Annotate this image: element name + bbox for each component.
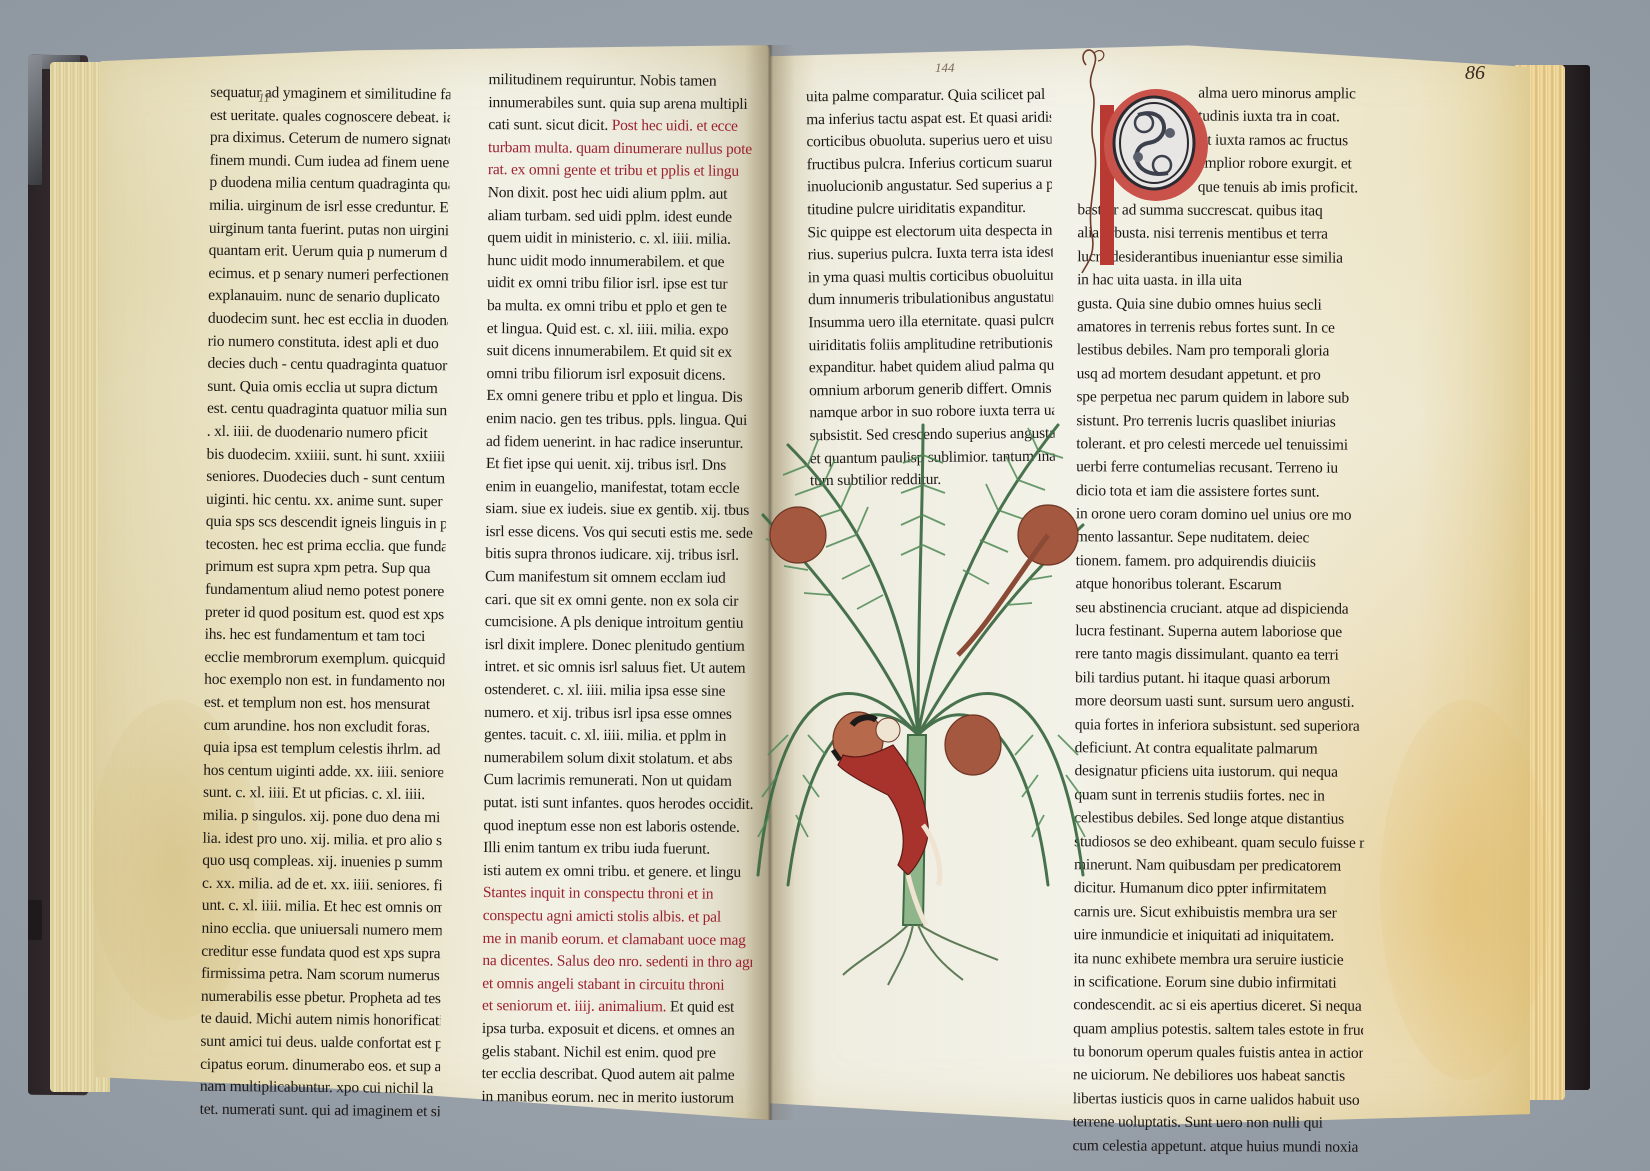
text-line: explanauim. nunc de senario duplicato <box>208 285 448 310</box>
text-line: intret. et sic omnis isrl saluus fiet. U… <box>484 656 754 680</box>
text-line: primum est supra xpm petra. Sup qua <box>205 556 445 581</box>
text-line: enim in euangelio, manifestat, totam ecc… <box>486 476 756 500</box>
text-line: uiriditatis foliis amplitudine retributi… <box>808 332 1053 357</box>
text-line: libertas iusticis quos in carne ualidos … <box>1073 1088 1363 1113</box>
text-line: sunt amici tui deus. ualde confortat est… <box>200 1031 440 1056</box>
text-line: hunc uidit modo innumerabilem. et que <box>487 250 757 274</box>
text-line: sequatur ad ymaginem et similitudine fac… <box>210 82 450 107</box>
text-line: milia. uirginum de isrl esse creduntur. … <box>209 195 449 220</box>
text-line: gelis stabant. Nichil est enim. quod pre <box>482 1041 752 1065</box>
text-line: uirginum tanta fuerint. putas non uirgin… <box>209 217 449 242</box>
text-line: cum arundine. hos non excludit foras. <box>204 714 444 739</box>
text-line: in manibus eorum. nec in merito iustorum <box>481 1086 751 1110</box>
text-line: studiosos se deo exhibeant. quam seculo … <box>1074 831 1364 856</box>
text-line: pra diximus. Ceterum de numero signator … <box>210 127 450 152</box>
text-line: carnis ure. Sicut exhibuistis membra ura… <box>1074 901 1364 926</box>
text-line: omni tribu filiorum isrl exposuit dicens… <box>486 363 756 387</box>
marginal-note: 144 <box>935 60 955 76</box>
rubric-line: conspectu agni amicti stolis albis. et p… <box>483 905 753 929</box>
text-line: condescendit. ac si eis apertius diceret… <box>1073 995 1363 1020</box>
text-line: ostenderet. c. xl. iiii. milia ipsa esse… <box>484 679 754 703</box>
text-line: tu bonorum operum quales fuistis antea i… <box>1073 1041 1363 1066</box>
text-line: alma uero minorus amplic <box>1198 83 1373 107</box>
text-line: p duodena milia centum quadraginta quat <box>209 172 449 197</box>
text-line: est ueritate. quales cognoscere debeat. … <box>210 104 450 129</box>
text-line: est. centu quadraginta quatuor milia sun… <box>207 398 447 423</box>
text-line: creditur esse fundata quod est xps supra <box>201 940 441 965</box>
text-line: rio numero constituta. idest apli et duo <box>208 330 448 355</box>
text-line: omnium arborum generib differt. Omnis <box>809 377 1054 402</box>
rubric-line: me in manib eorum. et clamabant uoce mag <box>482 928 752 952</box>
text-line: bitis supra thronos iudicare. xij. tribu… <box>485 544 755 568</box>
text-line: fundamentum aliud nemo potest ponere <box>205 579 445 604</box>
text-line: te dauid. Michi autem nimis honorificati <box>201 1008 441 1033</box>
text-line: quantam erit. Uerum quia p numerum d <box>209 240 449 265</box>
text-line: ipsa turba. exposuit et dicens. et omnes… <box>482 1018 752 1042</box>
text-line: Cum manifestum sit omnem ecclam iud <box>485 566 755 590</box>
text-column-2: militudinem requiruntur. Nobis tameninnu… <box>481 69 758 1110</box>
metal-corner-clasp-left <box>28 55 42 185</box>
text-line: quam sunt in terrenis studiis fortes. ne… <box>1074 784 1364 809</box>
text-line: Et fiet ipse qui uenit. xij. tribus isrl… <box>486 453 756 477</box>
text-line: isrl dixit implere. Donec plenitudo gent… <box>485 634 755 658</box>
text-line: Insumma uero illa eternitate. quasi pulc… <box>808 310 1053 335</box>
text-line: cumcisione. A pls denique introitum gent… <box>485 611 755 635</box>
text-line: rius. superius pulcra. Iuxta terra ista … <box>808 242 1053 267</box>
text-line: sunt. c. xl. iiii. Et ut pficias. c. xl.… <box>203 782 443 807</box>
text-line: seniores. Duodecies duch - sunt centum <box>206 466 446 491</box>
text-line: tionem. famem. pro adquirendis diuiciis <box>1076 550 1366 575</box>
text-line: hoc exemplo non est. in fundamento non <box>204 669 444 694</box>
text-line: numerabilem solum dixit stolatum. et abs <box>484 747 754 771</box>
text-line: milia. p singulos. xij. pone duo dena mi <box>203 805 443 830</box>
text-line: ter ecclia describat. Quod autem ait pal… <box>482 1063 752 1087</box>
text-line: siam. siue ex iudeis. siue ex gentib. xi… <box>485 498 755 522</box>
text-line: ad fidem uenerint. in hac radice inserun… <box>486 431 756 455</box>
text-column-4: bastior ad summa succrescat. quibus itaq… <box>1072 199 1367 1160</box>
rubric-line: Stantes inquit in conspectu throni et in <box>483 882 753 906</box>
text-column-1: sequatur ad ymaginem et similitudine fac… <box>200 82 451 1124</box>
folio-number: 86 <box>1465 62 1485 85</box>
palm-tree-illustration <box>748 405 1093 995</box>
text-line: quia ipsa est templum celestis ihrlm. ad <box>203 737 443 762</box>
text-line: in yma quasi multis corticibus obuoluitu… <box>808 264 1053 289</box>
text-line: deficiunt. At contra equalitate palmarum <box>1075 737 1365 762</box>
text-line: cati sunt. sicut dicit. Post hec uidi. e… <box>488 114 758 138</box>
text-line: cipatus eorum. dinumerabo eos. et sup ar… <box>200 1053 440 1078</box>
text-line: aliam turbam. sed uidi pplm. idest eunde <box>488 205 758 229</box>
text-line: more deorsum uasti sunt. sursum uero ang… <box>1075 690 1365 715</box>
text-line: finem mundi. Cum iudea ad finem uenerit <box>210 150 450 175</box>
text-line: nino ecclia. que uniuersali numero membr… <box>201 918 441 943</box>
marginal-note: 11ʹ <box>258 90 273 106</box>
text-line: enim nacio. gen tes tribus. ppls. lingua… <box>486 408 756 432</box>
text-column-4-top: alma uero minorus amplictudinis iuxta tr… <box>1198 83 1374 201</box>
text-line: cari. que sit ex omni gente. non ex sola… <box>485 589 755 613</box>
text-line: quem uidit in ministerio. c. xl. iiii. m… <box>487 227 757 251</box>
text-line: dum innumeris tribulationibus angustatur… <box>808 287 1053 312</box>
text-line: inuolucionib angustatur. Sed superius a … <box>807 174 1052 199</box>
text-line: quo usq compleas. xij. inuenies p summa <box>202 850 442 875</box>
text-line: ihs. hec est fundamentum et tam toci <box>205 624 445 649</box>
text-line: sunt. Quia omis ecclia ut supra dictum <box>207 375 447 400</box>
text-line: militudinem requiruntur. Nobis tamen <box>488 69 758 93</box>
text-line: que tenuis ab imis proficit. <box>1198 176 1373 200</box>
text-line: preter id quod positum est. quod est xps <box>205 601 445 626</box>
text-line: uerbi ferre contumelias recusant. Terren… <box>1076 457 1366 482</box>
text-line: terrene uoluptatis. Sunt uero non nulli … <box>1073 1111 1363 1136</box>
text-line: lestibus debiles. Nam pro temporali glor… <box>1077 340 1367 365</box>
text-line: rere tanto magis dissimulant. quanto ea … <box>1075 644 1365 669</box>
text-line: c. xx. milia. ad de et. xx. iiii. senior… <box>202 873 442 898</box>
text-line: Sic quippe est electorum uita despecta i… <box>807 219 1052 244</box>
text-line: suit dicens innumerabilem. Et quid sit e… <box>487 340 757 364</box>
decorated-initial-p-icon <box>1078 45 1208 275</box>
text-line: tecosten. hec est prima ecclia. que fund… <box>205 534 445 559</box>
rubric-line: et omnis angeli stabant in circuitu thro… <box>482 973 752 997</box>
text-line: Illi enim tantum ex tribu iuda fuerunt. <box>483 837 753 861</box>
text-line: designatur pficiens uita iustorum. qui n… <box>1074 761 1364 786</box>
text-line: celestibus debiles. Sed longe atque dist… <box>1074 807 1364 832</box>
text-line: gentes. tacuit. c. xl. iiii. milia. et p… <box>484 724 754 748</box>
text-line: uiginti. hic centu. xx. anime sunt. supe… <box>206 488 446 513</box>
text-line: decies duch - centu quadraginta quatuor <box>207 353 447 378</box>
text-line: lucra festinant. Superna autem laboriose… <box>1075 620 1365 645</box>
text-line: unt. c. xl. iiii. milia. Et hec est omni… <box>202 895 442 920</box>
text-line: numero. et xij. tribus isrl ipsa esse om… <box>484 702 754 726</box>
rubric-line: rat. ex omni gente et tribu et pplis et … <box>488 159 758 183</box>
text-line: . xl. iiii. de duodenario numero pficit <box>207 421 447 446</box>
text-line: ba multa. ex omni tribu et pplo et gen t… <box>487 295 757 319</box>
text-line: isti autem ex omni tribu. et genere. et … <box>483 860 753 884</box>
text-line: dicio tota et iam die assistere fortes s… <box>1076 480 1366 505</box>
text-line: amplior robore exurgit. et <box>1198 153 1373 177</box>
rubric-line: na dicentes. Salus deo nro. sedenti in t… <box>482 950 752 974</box>
text-line: nam multiplicabuntur. xpo cui nichil la <box>200 1076 440 1101</box>
text-line: cum celestia appetunt. atque huius mundi… <box>1072 1135 1362 1160</box>
text-line: bis duodecim. xxiiii. sunt. hi sunt. xxi… <box>206 443 446 468</box>
text-line: lia. idest pro uno. xij. milia. et pro a… <box>202 827 442 852</box>
text-line: ma inferius tactu aspat est. Et quasi ar… <box>806 106 1051 131</box>
text-line: spe perpetua nec parum quidem in labore … <box>1076 386 1366 411</box>
text-line: usq ad mortem desudant appetunt. et pro <box>1077 363 1367 388</box>
text-line: quam amplius potestis. saltem tales esto… <box>1073 1018 1363 1043</box>
text-line: quia fortes in inferiora subsistunt. sed… <box>1075 714 1365 739</box>
text-line: seu abstinencia cruciant. atque ad dispi… <box>1075 597 1365 622</box>
text-line: tudinis iuxta tra in coat. <box>1198 106 1373 130</box>
text-line: ecimus. et p senary numeri perfectionem … <box>208 263 448 288</box>
text-line: Ex omni genere tribu et pplo et lingua. … <box>486 385 756 409</box>
text-line: in orone uero coram domino uel unius ore… <box>1076 503 1366 528</box>
text-line: expanditur. habet quidem aliud palma quo… <box>809 355 1054 380</box>
text-line: hos centum uiginti adde. xx. iiii. senio… <box>203 760 443 785</box>
text-line: ita nunc exhibete membra ura seruire ius… <box>1073 948 1363 973</box>
text-line: Cum lacrimis remunerati. Non ut quidam <box>484 769 754 793</box>
text-line: fructibus pulcra. Inferius corticum suar… <box>807 152 1052 177</box>
binding-strap-left <box>28 900 42 940</box>
text-line: mento lassantur. Sepe nuditatem. deiec <box>1076 527 1366 552</box>
text-line: ne uiciorum. Ne debiliores uos habeat sa… <box>1073 1065 1363 1090</box>
text-line: quia sps scs descendit igneis linguis in… <box>206 511 446 536</box>
text-line: titudine pulcre uiriditatis expanditur. <box>807 197 1052 222</box>
text-line: tet. numerati sunt. qui ad imaginem et s… <box>200 1098 440 1123</box>
text-line: firmissima petra. Nam scorum numerus in <box>201 963 441 988</box>
text-line: amatores in terrenis rebus fortes sunt. … <box>1077 316 1367 341</box>
rubric-line: turbam multa. quam dinumerare nullus pot… <box>488 137 758 161</box>
text-line: minerunt. Nam quibusdam per predicatorem <box>1074 854 1364 879</box>
text-line: Et iuxta ramos ac fructus <box>1198 129 1373 153</box>
text-line: est. et templum non est. hos mensurat <box>204 692 444 717</box>
text-line: ecclie membrorum exemplum. quicquid i <box>204 647 444 672</box>
text-line: innumerabiles sunt. quia sup arena multi… <box>488 92 758 116</box>
text-line: putat. isti sunt infantes. quos herodes … <box>483 792 753 816</box>
text-line: uire inmundicie et iniquitati ad iniquit… <box>1074 924 1364 949</box>
rubric-line: et seniorum et. iiij. animalium. Et quid… <box>482 995 752 1019</box>
text-line: isrl esse dicens. Vos qui secuti estis m… <box>485 521 755 545</box>
text-line: corticibus obuoluta. superius uero et ui… <box>806 129 1051 154</box>
text-line: Non dixit. post hec uidi alium pplm. aut <box>488 182 758 206</box>
text-line: duodecim sunt. hec est ecclia in duodena <box>208 308 448 333</box>
text-line: numerabilis esse pbetur. Propheta ad tes… <box>201 985 441 1010</box>
text-line: atque honoribus tolerant. Escarum <box>1075 573 1365 598</box>
text-line: in scificatione. Eorum sine dubio infirm… <box>1073 971 1363 996</box>
text-line: gusta. Quia sine dubio omnes huius secli <box>1077 293 1367 318</box>
text-line: sistunt. Pro terrenis lucris quaslibet i… <box>1076 410 1366 435</box>
text-line: bili tardius putant. hi itaque quasi arb… <box>1075 667 1365 692</box>
text-line: tolerant. et pro celesti mercede uel ten… <box>1076 433 1366 458</box>
text-line: uidit ex omni tribu filior isrl. ipse es… <box>487 272 757 296</box>
text-line: uita palme comparatur. Quia scilicet pal <box>806 84 1051 109</box>
text-line: et lingua. Quid est. c. xl. iiii. milia.… <box>487 318 757 342</box>
text-line: dicitur. Humanum dico ppter infirmitatem <box>1074 878 1364 903</box>
text-line: quod ineptum esse non est laboris ostend… <box>483 815 753 839</box>
